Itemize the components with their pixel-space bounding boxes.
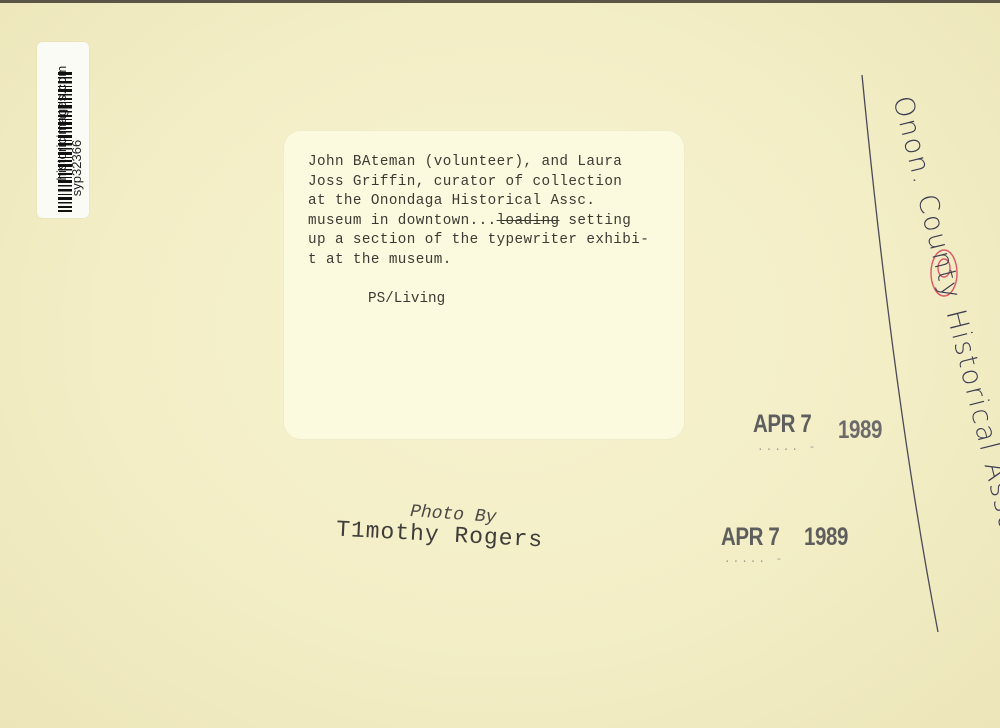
handwritten-underline	[0, 0, 1000, 728]
